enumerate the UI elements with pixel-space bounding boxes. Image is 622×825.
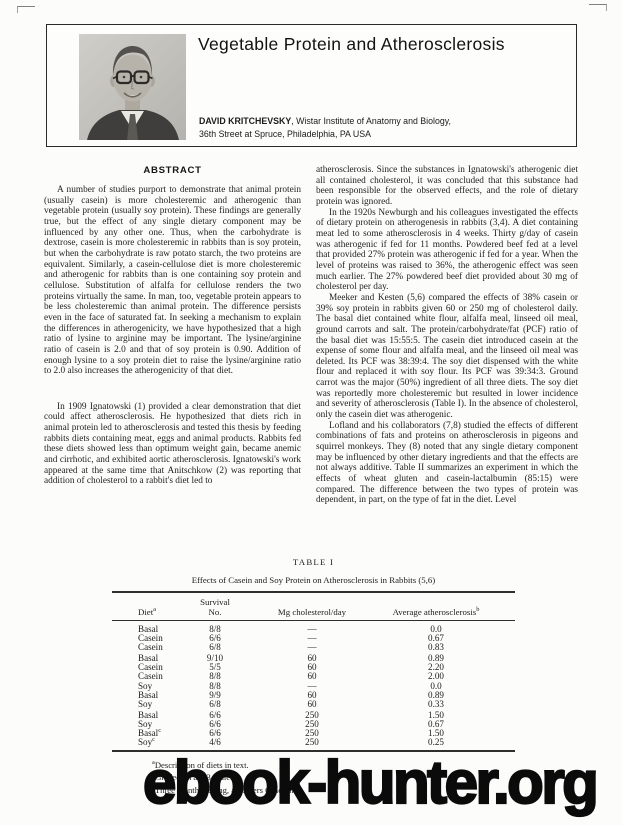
table-row-group: Basal8/8—0.0Casein6/6—0.67Casein6/8—0.83 bbox=[112, 625, 515, 652]
abstract-text: A number of studies purport to demonstra… bbox=[44, 185, 301, 377]
author-name: DAVID KRITCHEVSKY bbox=[199, 116, 291, 126]
header-box: Vegetable Protein and Atherosclerosis DA… bbox=[46, 24, 577, 147]
table-cell-diet: Soy bbox=[112, 700, 172, 709]
table-row: Soyc4/62500.25 bbox=[112, 738, 515, 747]
author-photo bbox=[79, 34, 186, 140]
table-header-row: Dieta SurvivalNo. Mg cholesterol/day Ave… bbox=[112, 591, 515, 621]
table-row: Soy6/8600.33 bbox=[112, 700, 515, 709]
table-label: TABLE I bbox=[112, 557, 515, 567]
table-cell-average: 0.25 bbox=[366, 738, 506, 747]
crop-mark-top-left bbox=[17, 6, 35, 13]
table-cell-cholesterol: 60 bbox=[258, 700, 366, 709]
table-header-cholesterol: Mg cholesterol/day bbox=[258, 607, 366, 617]
watermark-text: ebook-hunter.org bbox=[143, 751, 596, 814]
table-cell-diet: Casein bbox=[112, 643, 172, 652]
table-cell-survival: 4/6 bbox=[172, 738, 258, 747]
table-header-average: Average atherosclerosisb bbox=[366, 607, 506, 617]
table-header-diet: Dieta bbox=[112, 607, 172, 617]
table-cell-average: 0.33 bbox=[366, 700, 506, 709]
article-body: ABSTRACT A number of studies purport to … bbox=[44, 165, 578, 506]
table-row-group: Basal6/62501.50Soy6/62500.67Basalc6/6250… bbox=[112, 711, 515, 747]
author-affiliation: , Wistar Institute of Anatomy and Biolog… bbox=[291, 116, 451, 126]
paragraph-gap bbox=[44, 377, 301, 402]
table-row: Casein8/8602.00 bbox=[112, 672, 515, 681]
table-cell-average: 0.83 bbox=[366, 643, 506, 652]
author-block: DAVID KRITCHEVSKY, Wistar Institute of A… bbox=[199, 115, 451, 140]
table-row: Casein6/8—0.83 bbox=[112, 643, 515, 652]
table-cell-diet: Casein bbox=[112, 672, 172, 681]
column-right: atherosclerosis. Since the substances in… bbox=[316, 165, 578, 506]
table-row-group: Basal9/10600.89Casein5/5602.20Casein8/86… bbox=[112, 654, 515, 681]
table-cell-cholesterol: 60 bbox=[258, 672, 366, 681]
table-caption: Effects of Casein and Soy Protein on Ath… bbox=[112, 575, 515, 585]
paragraph-newburgh: In the 1920s Newburgh and his colleagues… bbox=[316, 208, 578, 293]
paragraph-intro: In 1909 Ignatowski (1) provided a clear … bbox=[44, 402, 301, 487]
table-cell-survival: 8/8 bbox=[172, 672, 258, 681]
table-cell-survival: 6/8 bbox=[172, 643, 258, 652]
author-address: 36th Street at Spruce, Philadelphia, PA … bbox=[199, 128, 451, 141]
table-row-group: Soy8/8—0.0Basal9/9600.89Soy6/8600.33 bbox=[112, 682, 515, 709]
table-header-survival: SurvivalNo. bbox=[172, 597, 258, 617]
table-cell-diet: Soyc bbox=[112, 738, 172, 747]
column-left: ABSTRACT A number of studies purport to … bbox=[44, 165, 301, 506]
abstract-heading: ABSTRACT bbox=[44, 165, 301, 176]
table-cell-average: 2.00 bbox=[366, 672, 506, 681]
author-line: DAVID KRITCHEVSKY, Wistar Institute of A… bbox=[199, 115, 451, 128]
crop-mark-top-right bbox=[589, 4, 607, 11]
page-title: Vegetable Protein and Atherosclerosis bbox=[198, 34, 568, 55]
paragraph-lofland: Lofland and his collaborators (7,8) stud… bbox=[316, 421, 578, 506]
page: Vegetable Protein and Atherosclerosis DA… bbox=[0, 0, 622, 825]
table-body: Basal8/8—0.0Casein6/6—0.67Casein6/8—0.83… bbox=[112, 621, 515, 752]
paragraph-continuation: atherosclerosis. Since the substances in… bbox=[316, 165, 578, 208]
author-portrait-illustration bbox=[79, 34, 186, 140]
paragraph-meeker-kesten: Meeker and Kesten (5,6) compared the eff… bbox=[316, 293, 578, 421]
table-cell-survival: 6/8 bbox=[172, 700, 258, 709]
table-cell-cholesterol: — bbox=[258, 643, 366, 652]
table-cell-cholesterol: 250 bbox=[258, 738, 366, 747]
